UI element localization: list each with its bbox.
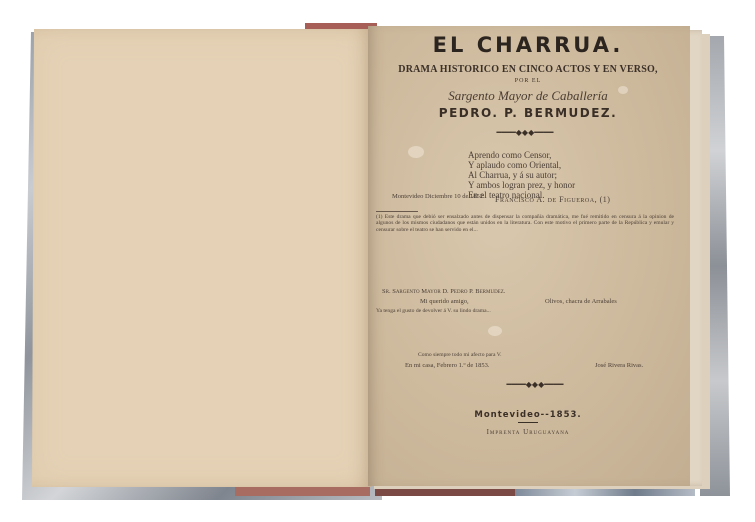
- footnote-text: (1) Este drama que debió ser ensalzado a…: [376, 214, 674, 284]
- letter-signature: José Rivera Rivas.: [595, 362, 643, 369]
- ornament-rule-bottom: ━━━━◆◆◆━━━━: [495, 380, 575, 389]
- verse-line: Y aplaudo como Oriental,: [468, 160, 575, 170]
- letter-addressee: Sr. Sargento Mayor D. Pedro P. Bermudez.: [382, 288, 505, 295]
- foxing-spot: [408, 146, 424, 158]
- imprint-rule: [518, 422, 538, 423]
- letter-closing: Como siempre todo mi afecto para V.: [418, 352, 502, 358]
- letter-body: Ya tenga el gusto de devolver á V. su li…: [376, 308, 674, 352]
- spine-cloth-top: [305, 23, 377, 29]
- book-subtitle: DRAMA HISTORICO EN CINCO ACTOS Y EN VERS…: [378, 64, 678, 75]
- letter-date: En mi casa, Febrero 1.º de 1853.: [405, 362, 490, 369]
- blank-flyleaf: [32, 29, 372, 487]
- imprint-place-year: Montevideo--1853.: [378, 410, 678, 420]
- ornament-rule-top: ━━━━◆◆◆━━━━: [490, 128, 560, 137]
- imprint-printer: Imprenta Uruguayana: [378, 428, 678, 436]
- verse-line: Aprendo como Censor,: [468, 150, 575, 160]
- author-rank: Sargento Mayor de Caballería: [378, 88, 678, 104]
- spine-cloth-bottom-left: [235, 486, 370, 496]
- epigraph-dateline: Montevideo Diciembre 10 de 1852.: [392, 193, 485, 200]
- footnote-rule: [376, 211, 418, 212]
- letter-heading: Olivos, chacra de Arrabales: [545, 298, 617, 305]
- by-line: POR EL: [378, 78, 678, 84]
- author-name: PEDRO. P. BERMUDEZ.: [378, 106, 678, 120]
- book-title: EL CHARRUA.: [378, 33, 678, 57]
- verse-line: Y ambos logran prez, y honor: [468, 180, 575, 190]
- verse-line: Al Charrua, y á su autor;: [468, 170, 575, 180]
- open-book: EL CHARRUA. DRAMA HISTORICO EN CINCO ACT…: [0, 0, 755, 522]
- epigraph-signature: Francisco A. de Figueroa, (1): [495, 195, 610, 204]
- letter-salutation: Mi querido amigo,: [420, 298, 469, 305]
